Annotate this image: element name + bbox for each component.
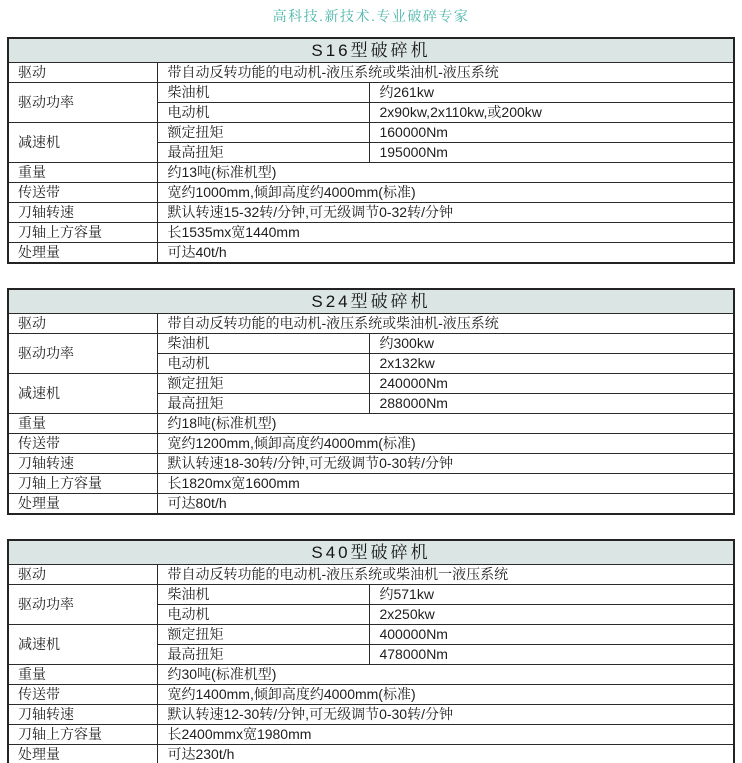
conveyor-value: 宽约1400mm,倾卸高度约4000mm(标准) [158,685,734,705]
table-title-s40: S40型破碎机 [8,540,734,565]
row-label-drive: 驱动 [8,565,158,585]
shaft-capacity-value: 长1820mx宽1600mm [158,474,734,494]
row-label-shaft-speed: 刀轴转速 [8,203,158,223]
shaft-capacity-value: 长2400mmx宽1980mm [158,725,734,745]
conveyor-value: 宽约1200mm,倾卸高度约4000mm(标准) [158,434,734,454]
diesel-power-value: 约300kw [370,334,734,354]
row-label-shaft-capacity: 刀轴上方容量 [8,223,158,243]
max-torque-value: 478000Nm [370,645,734,665]
row-label-shaft-capacity: 刀轴上方容量 [8,725,158,745]
row-label-reducer: 减速机 [8,625,158,665]
row-label-reducer: 减速机 [8,374,158,414]
row-label-weight: 重量 [8,414,158,434]
diesel-power-value: 约571kw [370,585,734,605]
sub-label-rated-torque: 额定扭矩 [158,625,370,645]
weight-value: 约18吨(标准机型) [158,414,734,434]
throughput-value: 可达40t/h [158,243,734,264]
row-label-conveyor: 传送带 [8,183,158,203]
shaft-capacity-value: 长1535mx宽1440mm [158,223,734,243]
sub-label-diesel: 柴油机 [158,585,370,605]
sub-label-rated-torque: 额定扭矩 [158,374,370,394]
drive-value: 带自动反转功能的电动机-液压系统或柴油机-液压系统 [158,314,734,334]
conveyor-value: 宽约1000mm,倾卸高度约4000mm(标准) [158,183,734,203]
shaft-speed-value: 默认转速18-30转/分钟,可无级调节0-30转/分钟 [158,454,734,474]
shaft-speed-value: 默认转速12-30转/分钟,可无级调节0-30转/分钟 [158,705,734,725]
row-label-throughput: 处理量 [8,745,158,763]
row-label-shaft-speed: 刀轴转速 [8,454,158,474]
row-label-reducer: 减速机 [8,123,158,163]
row-label-shaft-speed: 刀轴转速 [8,705,158,725]
electric-power-value: 2x90kw,2x110kw,或200kw [370,103,734,123]
drive-value: 带自动反转功能的电动机-液压系统或柴油机一液压系统 [158,565,734,585]
row-label-conveyor: 传送带 [8,434,158,454]
shaft-speed-value: 默认转速15-32转/分钟,可无级调节0-32转/分钟 [158,203,734,223]
max-torque-value: 195000Nm [370,143,734,163]
drive-value: 带自动反转功能的电动机-液压系统或柴油机-液压系统 [158,63,734,83]
page-slogan: 高科技.新技术.专业破碎专家 [0,8,742,24]
sub-label-max-torque: 最高扭矩 [158,143,370,163]
row-label-throughput: 处理量 [8,494,158,515]
rated-torque-value: 240000Nm [370,374,734,394]
sub-label-electric: 电动机 [158,605,370,625]
row-label-drive-power: 驱动功率 [8,334,158,374]
electric-power-value: 2x250kw [370,605,734,625]
rated-torque-value: 160000Nm [370,123,734,143]
throughput-value: 可达230t/h [158,745,734,763]
table-title-s16: S16型破碎机 [8,38,734,63]
sub-label-max-torque: 最高扭矩 [158,645,370,665]
max-torque-value: 288000Nm [370,394,734,414]
sub-label-rated-torque: 额定扭矩 [158,123,370,143]
row-label-throughput: 处理量 [8,243,158,264]
sub-label-electric: 电动机 [158,103,370,123]
row-label-drive-power: 驱动功率 [8,83,158,123]
weight-value: 约13吨(标准机型) [158,163,734,183]
spec-table-s24: S24型破碎机 驱动 带自动反转功能的电动机-液压系统或柴油机-液压系统 驱动功… [7,288,735,515]
row-label-drive-power: 驱动功率 [8,585,158,625]
row-label-conveyor: 传送带 [8,685,158,705]
row-label-weight: 重量 [8,665,158,685]
diesel-power-value: 约261kw [370,83,734,103]
row-label-weight: 重量 [8,163,158,183]
spec-table-s16: S16型破碎机 驱动 带自动反转功能的电动机-液压系统或柴油机-液压系统 驱动功… [7,37,735,264]
row-label-drive: 驱动 [8,314,158,334]
sub-label-diesel: 柴油机 [158,83,370,103]
table-title-s24: S24型破碎机 [8,289,734,314]
sub-label-electric: 电动机 [158,354,370,374]
sub-label-diesel: 柴油机 [158,334,370,354]
row-label-shaft-capacity: 刀轴上方容量 [8,474,158,494]
rated-torque-value: 400000Nm [370,625,734,645]
sub-label-max-torque: 最高扭矩 [158,394,370,414]
row-label-drive: 驱动 [8,63,158,83]
electric-power-value: 2x132kw [370,354,734,374]
weight-value: 约30吨(标准机型) [158,665,734,685]
throughput-value: 可达80t/h [158,494,734,515]
spec-table-s40: S40型破碎机 驱动 带自动反转功能的电动机-液压系统或柴油机一液压系统 驱动功… [7,539,735,763]
